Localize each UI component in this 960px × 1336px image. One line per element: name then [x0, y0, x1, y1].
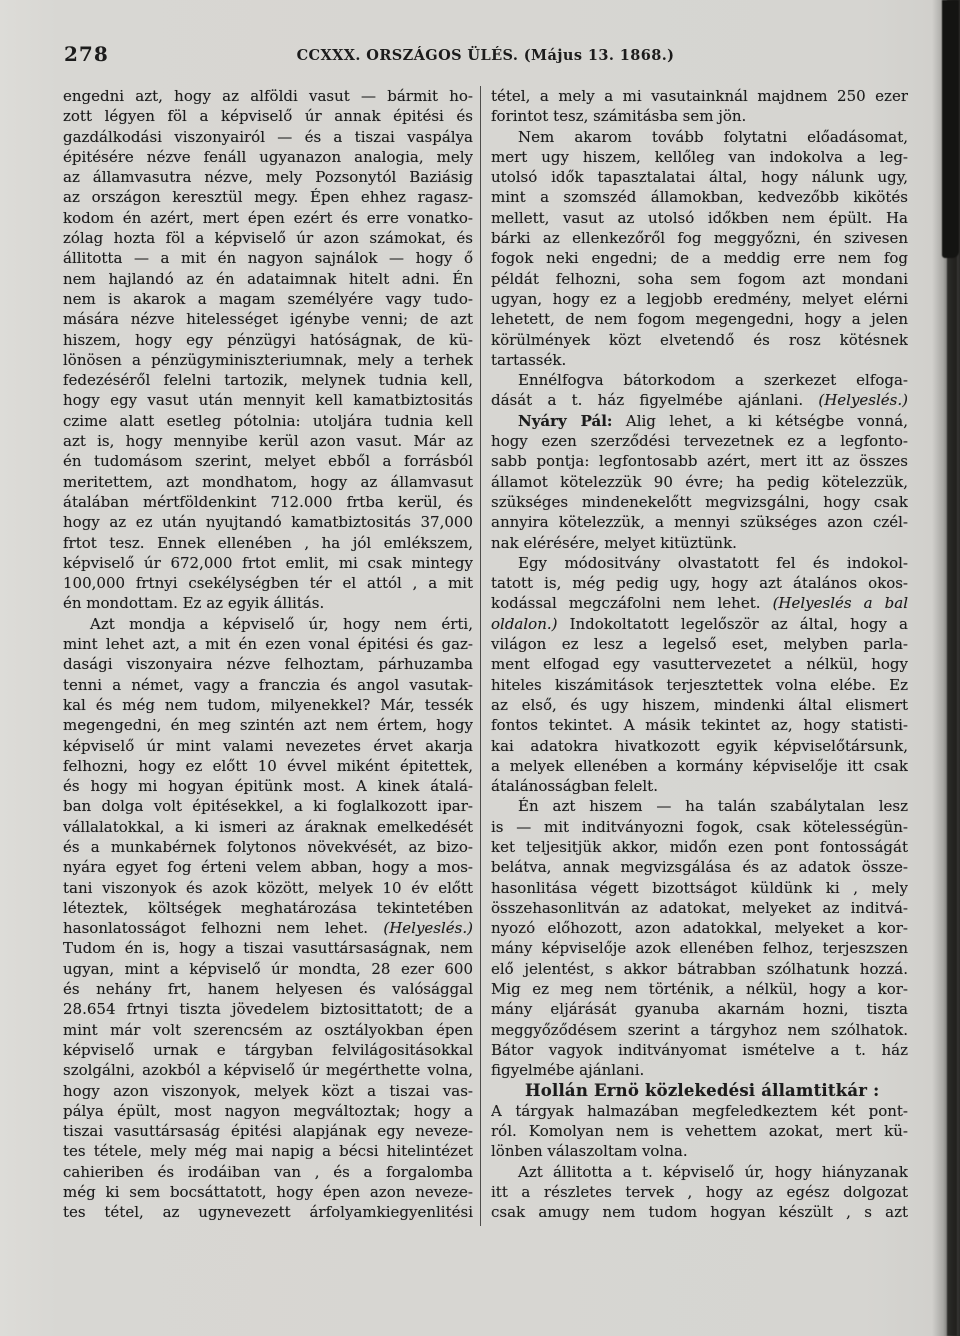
- text-segment: átalában mértföldenkint 712.000 frtba ke…: [63, 493, 473, 511]
- text-line: tatott is, még pedig ugy, hogy azt átalá…: [491, 573, 908, 593]
- text-line: nyozó előhozott, azon adatokkal, melyeke…: [491, 918, 908, 938]
- text-segment: világon ez lesz a legelső eset, melyben …: [491, 635, 908, 653]
- text-line: fontos tekintet. A másik tekintet az, ho…: [491, 715, 908, 735]
- text-segment: képviselő úr 672,000 frtot emlit, mi csa…: [63, 554, 473, 572]
- text-line: A tárgyak halmazában megfeledkeztem két …: [491, 1101, 908, 1121]
- text-line: léteztek, költségek meghatározása tekint…: [63, 898, 473, 918]
- text-segment: megengedni, én meg szintén azt nem értem…: [63, 716, 473, 734]
- text-segment: épitésére nézve fenáll ugyanazon analogi…: [63, 148, 473, 166]
- text-line: ment elfogad egy vasuttervezetet a nélkü…: [491, 654, 908, 674]
- text-segment: és hogy mi hogyan épitünk most. A kinek …: [63, 777, 473, 795]
- text-segment: dasági viszonyaira nézve felhoztam, párh…: [63, 655, 473, 673]
- text-line: frtot tesz. Ennek ellenében , ha jól eml…: [63, 533, 473, 553]
- text-segment: az első, és ugy hiszem, mindenki által e…: [491, 696, 908, 714]
- text-line: összehasonlitván az adatokat, melyeket a…: [491, 898, 908, 918]
- text-segment: mint lehet azt, a mit én ezen vonal épit…: [63, 635, 473, 653]
- text-line: mellett, vasut az utolsó időkben nem épü…: [491, 208, 908, 228]
- text-line: zott légyen föl a képviselő úr annak épi…: [63, 106, 473, 126]
- text-line: körülmények közt elvetendő és rosz kötés…: [491, 330, 908, 350]
- text-segment: kodom én azért, mert épen ezért és erre …: [63, 209, 473, 227]
- text-segment: (Helyeslés.): [383, 919, 473, 937]
- text-line: meritettem, azt mondhatom, hogy az állam…: [63, 472, 473, 492]
- text-line: világon ez lesz a legelső eset, melyben …: [491, 634, 908, 654]
- text-segment: példát felhozni, soha sem fogom azt mond…: [491, 270, 908, 288]
- text-segment: hasonlatosságot felhozni nem lehet.: [63, 919, 383, 937]
- text-segment: Alig lehet, a ki kétségbe vonná,: [612, 412, 908, 430]
- text-line: átalánosságban felelt.: [491, 776, 908, 796]
- text-line: utolsó idők tapasztalatai által, hogy ná…: [491, 167, 908, 187]
- text-segment: ugyan, mint a képviselő úr mondta, 28 ez…: [63, 960, 473, 978]
- right-column: tétel, a mely a mi vasutainknál majdnem …: [491, 86, 908, 1223]
- text-line: és a munkabérnek folytonos növekvését, a…: [63, 837, 473, 857]
- text-segment: czime alatt esetleg pótolnia: utoljára t…: [63, 412, 473, 430]
- text-line: lönben válaszoltam volna.: [491, 1141, 908, 1161]
- text-segment: elő jelentést, s akkor bátrabban szólhat…: [491, 960, 908, 978]
- text-line: Azt mondja a képviselő úr, hogy nem érti…: [63, 614, 473, 634]
- text-line: is — mit inditványozni fogok, csak kötel…: [491, 817, 908, 837]
- text-segment: az országon keresztül megy. Épen ehhez r…: [63, 188, 473, 206]
- text-line: belátva, annak megvizsgálása és az adato…: [491, 857, 908, 877]
- text-line: tes tétel, az ugynevezett árfolyamkiegye…: [63, 1202, 473, 1222]
- text-segment: gazdálkodási viszonyairól — és a tiszai …: [63, 128, 473, 146]
- text-segment: ket teljesitjük akkor, midőn ezen pont f…: [491, 838, 908, 856]
- text-line: mint lehet azt, a mit én ezen vonal épit…: [63, 634, 473, 654]
- text-segment: Egy módositvány olvastatott fel és indok…: [518, 554, 908, 572]
- text-line: mert ugy hiszem, kellőleg van indokolva …: [491, 147, 908, 167]
- text-line: nem hajlandó az én adataimnak hitelt adn…: [63, 269, 473, 289]
- text-segment: és nehány frt, hanem helyesen és valóság…: [63, 980, 473, 998]
- text-line: szükséges mindenekelőtt megvizsgálni, ho…: [491, 492, 908, 512]
- text-line: dasági viszonyaira nézve felhoztam, párh…: [63, 654, 473, 674]
- text-segment: Azt állitotta a t. képviselő úr, hogy hi…: [518, 1163, 908, 1181]
- text-line: hogy egy vasut után mennyit kell kamatbi…: [63, 390, 473, 410]
- text-line: Mig ez meg nem történik, a nélkül, hogy …: [491, 979, 908, 999]
- text-segment: kodással megczáfolni nem lehet.: [491, 594, 773, 612]
- text-line: tétel, a mely a mi vasutainknál majdnem …: [491, 86, 908, 106]
- text-segment: frtot tesz. Ennek ellenében , ha jól eml…: [63, 534, 473, 552]
- text-segment: átalánosságban felelt.: [491, 777, 658, 795]
- text-line: Nem akarom tovább folytatni előadásomat,: [491, 127, 908, 147]
- text-line: tiszai vasuttársaság épitési alapjának e…: [63, 1121, 473, 1141]
- text-segment: én tudomásom szerint, melyet ebből a for…: [63, 452, 473, 470]
- text-segment: nem hajlandó az én adataimnak hitelt adn…: [63, 270, 473, 288]
- text-segment: szükséges mindenekelőtt megvizsgálni, ho…: [491, 493, 908, 511]
- text-line: Én azt hiszem — ha talán szabálytalan le…: [491, 796, 908, 816]
- text-line: vállalatokkal, a ki ismeri az áraknak em…: [63, 817, 473, 837]
- text-segment: nyozó előhozott, azon adatokkal, melyeke…: [491, 919, 908, 937]
- text-line: kal és még nem tudom, milyenekkel? Már, …: [63, 695, 473, 715]
- text-segment: mány képviselője azok ellenében felhoz, …: [491, 939, 908, 957]
- text-segment: hogy ezen szerződési tervezetnek ez a le…: [491, 432, 908, 450]
- text-segment: ban dolga volt épitésekkel, a ki foglalk…: [63, 797, 473, 815]
- text-line: az első, és ugy hiszem, mindenki által e…: [491, 695, 908, 715]
- text-line: fedezéséről felelni tartozik, melynek tu…: [63, 370, 473, 390]
- text-segment: fedezéséről felelni tartozik, melynek tu…: [63, 371, 473, 389]
- text-segment: mint a szomszéd államokban, kedvezőbb ki…: [491, 188, 908, 206]
- text-line: gazdálkodási viszonyairól — és a tiszai …: [63, 127, 473, 147]
- text-segment: a melyek ellenében a kormány képviselője…: [491, 757, 908, 775]
- text-line: engedni azt, hogy az alföldi vasut — bár…: [63, 86, 473, 106]
- text-line: az államvasutra nézve, mely Pozsonytól B…: [63, 167, 473, 187]
- text-line: állitotta — a mit én nagyon sajnálok — h…: [63, 248, 473, 268]
- text-segment: fogok neki engedni; de a meddig erre nem…: [491, 249, 908, 267]
- text-line: Azt állitotta a t. képviselő úr, hogy hi…: [491, 1162, 908, 1182]
- text-line: ket teljesitjük akkor, midőn ezen pont f…: [491, 837, 908, 857]
- text-line: és nehány frt, hanem helyesen és valóság…: [63, 979, 473, 999]
- text-segment: itt a részletes tervek , hogy az egész d…: [491, 1183, 908, 1201]
- text-segment: hogy az ez után nyujtandó kamatbiztositá…: [63, 513, 473, 531]
- text-line: hasonlitása végett bizottságot küldünk k…: [491, 878, 908, 898]
- text-line: lehetett, de nem fogom megengedni, hogy …: [491, 309, 908, 329]
- text-line: én tudomásom szerint, melyet ebből a for…: [63, 451, 473, 471]
- text-line: zólag hozta föl a képviselő úr azon szám…: [63, 228, 473, 248]
- text-line: mint a szomszéd államokban, kedvezőbb ki…: [491, 187, 908, 207]
- text-segment: Nyáry Pál:: [518, 412, 612, 430]
- text-segment: 100,000 frtnyi csekélységben tér el attó…: [63, 574, 473, 592]
- text-line: 100,000 frtnyi csekélységben tér el attó…: [63, 573, 473, 593]
- text-segment: bárki az ellenkezőről fog meggyőzni, én …: [491, 229, 908, 247]
- text-segment: tartassék.: [491, 351, 566, 369]
- text-line: kai adatokra hivatkozott egyik képviselő…: [491, 736, 908, 756]
- text-line: lönösen a pénzügyminiszteriumnak, mely a…: [63, 350, 473, 370]
- text-line: Nyáry Pál: Alig lehet, a ki kétségbe von…: [491, 411, 908, 431]
- text-line: fogok neki engedni; de a meddig erre nem…: [491, 248, 908, 268]
- text-line: Hollán Ernö közlekedési államtitkár :: [491, 1081, 908, 1101]
- text-segment: én mondottam. Ez az egyik állitás.: [63, 594, 324, 612]
- text-segment: forintot tesz, számitásba sem jön.: [491, 107, 746, 125]
- text-segment: (Helyeslés.): [818, 391, 908, 409]
- text-segment: összehasonlitván az adatokat, melyeket a…: [491, 899, 908, 917]
- text-segment: zott légyen föl a képviselő úr annak épi…: [63, 107, 473, 125]
- text-segment: államot kötelezzük 90 évre; ha pedig köt…: [491, 473, 908, 491]
- text-segment: mint már volt szerencsém az osztályokban…: [63, 1021, 473, 1039]
- text-line: Bátor vagyok inditványomat ismételve a t…: [491, 1040, 908, 1060]
- text-line: tani viszonyok és azok között, melyek 10…: [63, 878, 473, 898]
- text-line: sabb pontja: legfontosabb azért, mert it…: [491, 451, 908, 471]
- text-segment: vállalatokkal, a ki ismeri az áraknak em…: [63, 818, 473, 836]
- text-line: hasonlatosságot felhozni nem lehet. (Hel…: [63, 918, 473, 938]
- text-segment: hasonlitása végett bizottságot küldünk k…: [491, 879, 908, 897]
- text-segment: Ennélfogva bátorkodom a szerkezet elfoga…: [518, 371, 908, 389]
- text-segment: mert ugy hiszem, kellőleg van indokolva …: [491, 148, 908, 166]
- text-line: felhozni, hogy ez előtt 10 évvel miként …: [63, 756, 473, 776]
- text-line: Tudom én is, hogy a tiszai vasuttársaság…: [63, 938, 473, 958]
- text-segment: mására nézve hitelességet igénybe venni;…: [63, 310, 473, 328]
- text-segment: Tudom én is, hogy a tiszai vasuttársaság…: [63, 939, 473, 957]
- text-segment: utolsó idők tapasztalatai által, hogy ná…: [491, 168, 908, 186]
- text-segment: ról. Komolyan nem is vehettem azokat, me…: [491, 1122, 908, 1140]
- text-line: oldalon.) Indokoltatott legelőször az ál…: [491, 614, 908, 634]
- text-segment: kal és még nem tudom, milyenekkel? Már, …: [63, 696, 473, 714]
- text-line: megengedni, én meg szintén azt nem értem…: [63, 715, 473, 735]
- text-line: elő jelentést, s akkor bátrabban szólhat…: [491, 959, 908, 979]
- text-segment: fontos tekintet. A másik tekintet az, ho…: [491, 716, 908, 734]
- text-segment: tes tétel, az ugynevezett árfolyamkiegye…: [63, 1203, 473, 1221]
- text-segment: hogy azon viszonyok, melyek közt a tisza…: [63, 1082, 473, 1100]
- text-segment: hiteles kiszámitások terjesztettek volna…: [491, 676, 908, 694]
- text-segment: oldalon.): [491, 615, 557, 633]
- text-segment: képviselő urnak e tárgyban felvilágositá…: [63, 1041, 473, 1059]
- text-line: tes tétele, mely még mai napig a bécsi h…: [63, 1141, 473, 1161]
- text-line: 28.654 frtnyi tiszta jövedelem biztositt…: [63, 999, 473, 1019]
- text-line: hiszem, hogy egy pénzügyi hatóságnak, de…: [63, 330, 473, 350]
- text-segment: tenni a német, vagy a franczia és angol …: [63, 676, 473, 694]
- text-segment: Bátor vagyok inditványomat ismételve a t…: [491, 1041, 908, 1059]
- text-segment: körülmények közt elvetendő és rosz kötés…: [491, 331, 908, 349]
- text-segment: is — mit inditványozni fogok, csak kötel…: [491, 818, 908, 836]
- text-line: hogy az ez után nyujtandó kamatbiztositá…: [63, 512, 473, 532]
- text-line: képviselő úr 672,000 frtot emlit, mi csa…: [63, 553, 473, 573]
- left-column: engedni azt, hogy az alföldi vasut — bár…: [63, 86, 473, 1223]
- text-line: az országon keresztül megy. Épen ehhez r…: [63, 187, 473, 207]
- text-segment: meritettem, azt mondhatom, hogy az állam…: [63, 473, 473, 491]
- scan-edge-blob: [942, 0, 959, 258]
- text-line: épitésére nézve fenáll ugyanazon analogi…: [63, 147, 473, 167]
- text-segment: sabb pontja: legfontosabb azért, mert it…: [491, 452, 908, 470]
- text-line: én mondottam. Ez az egyik állitás.: [63, 593, 473, 613]
- text-segment: tani viszonyok és azok között, melyek 10…: [63, 879, 473, 897]
- text-line: szolgálni, azokból a képviselő úr megért…: [63, 1060, 473, 1080]
- text-line: pálya épült, most nagyon megváltoztak; h…: [63, 1101, 473, 1121]
- text-line: hogy azon viszonyok, melyek közt a tisza…: [63, 1081, 473, 1101]
- text-columns: engedni azt, hogy az alföldi vasut — bár…: [63, 86, 908, 1223]
- text-line: forintot tesz, számitásba sem jön.: [491, 106, 908, 126]
- text-segment: nyára egyet fog érteni velem abban, hogy…: [63, 858, 473, 876]
- text-segment: Én azt hiszem — ha talán szabálytalan le…: [518, 797, 908, 815]
- text-segment: engedni azt, hogy az alföldi vasut — bár…: [63, 87, 473, 105]
- text-segment: mány eljárását gyanuba akarnám hozni, ti…: [491, 1000, 908, 1018]
- text-line: kodom én azért, mert épen ezért és erre …: [63, 208, 473, 228]
- text-line: kodással megczáfolni nem lehet. (Helyesl…: [491, 593, 908, 613]
- text-segment: és a munkabérnek folytonos növekvését, a…: [63, 838, 473, 856]
- text-segment: lönben válaszoltam volna.: [491, 1142, 688, 1160]
- text-line: még ki sem bocsáttatott, hogy épen azon …: [63, 1182, 473, 1202]
- text-line: tartassék.: [491, 350, 908, 370]
- text-line: képviselő úr mint valami nevezetes érvet…: [63, 736, 473, 756]
- text-line: a melyek ellenében a kormány képviselője…: [491, 756, 908, 776]
- text-segment: lönösen a pénzügyminiszteriumnak, mely a…: [63, 351, 473, 369]
- text-segment: A tárgyak halmazában megfeledkeztem két …: [491, 1102, 908, 1120]
- text-line: és hogy mi hogyan épitünk most. A kinek …: [63, 776, 473, 796]
- text-segment: zólag hozta föl a képviselő úr azon szám…: [63, 229, 473, 247]
- text-segment: még ki sem bocsáttatott, hogy épen azon …: [63, 1183, 473, 1201]
- text-segment: azt is, hogy mennyibe kerül azon vasut. …: [63, 432, 473, 450]
- text-segment: csak amugy nem tudom hogyan készült , s …: [491, 1203, 908, 1221]
- text-line: nem is akarok a magam személyére vagy tu…: [63, 289, 473, 309]
- text-segment: belátva, annak megvizsgálása és az adato…: [491, 858, 908, 876]
- text-line: ugyan, hogy ez a legjobb eredmény, melye…: [491, 289, 908, 309]
- text-line: képviselő urnak e tárgyban felvilágositá…: [63, 1040, 473, 1060]
- text-segment: Indokoltatott legelőször az által, hogy …: [557, 615, 908, 633]
- text-line: hogy ezen szerződési tervezetnek ez a le…: [491, 431, 908, 451]
- text-line: ugyan, mint a képviselő úr mondta, 28 ez…: [63, 959, 473, 979]
- text-segment: tétel, a mely a mi vasutainknál majdnem …: [491, 87, 908, 105]
- text-segment: ment elfogad egy vasuttervezetet a nélkü…: [491, 655, 908, 673]
- text-line: bárki az ellenkezőről fog meggyőzni, én …: [491, 228, 908, 248]
- text-line: dását a t. ház figyelmébe ajánlani. (Hel…: [491, 390, 908, 410]
- document-page: 278 CCXXX. ORSZÁGOS ÜLÉS. (Május 13. 186…: [0, 0, 960, 1336]
- text-segment: nem is akarok a magam személyére vagy tu…: [63, 290, 473, 308]
- text-line: meggyőződésem szerint a tárgyhoz nem szó…: [491, 1020, 908, 1040]
- text-segment: mellett, vasut az utolsó időkben nem épü…: [491, 209, 908, 227]
- header-title: CCXXX. ORSZÁGOS ÜLÉS. (Május 13. 1868.): [63, 47, 908, 64]
- text-segment: dását a t. ház figyelmébe ajánlani.: [491, 391, 818, 409]
- text-segment: képviselő úr mint valami nevezetes érvet…: [63, 737, 473, 755]
- text-line: cahieriben és irodáiban van , és a forga…: [63, 1162, 473, 1182]
- text-line: nyára egyet fog érteni velem abban, hogy…: [63, 857, 473, 877]
- text-line: Egy módositvány olvastatott fel és indok…: [491, 553, 908, 573]
- text-segment: Hollán Ernö közlekedési államtitkár :: [525, 1081, 879, 1100]
- text-line: annyira kötelezzük, a mennyi szükséges a…: [491, 512, 908, 532]
- text-segment: (Helyeslés a bal: [773, 594, 908, 612]
- text-line: mint már volt szerencsém az osztályokban…: [63, 1020, 473, 1040]
- text-segment: ugyan, hogy ez a legjobb eredmény, melye…: [491, 290, 908, 308]
- text-line: ról. Komolyan nem is vehettem azokat, me…: [491, 1121, 908, 1141]
- text-segment: tatott is, még pedig ugy, hogy azt átalá…: [491, 574, 908, 592]
- text-line: czime alatt esetleg pótolnia: utoljára t…: [63, 411, 473, 431]
- text-segment: tes tétele, mely még mai napig a bécsi h…: [63, 1142, 473, 1160]
- column-divider-rule: [480, 86, 481, 1226]
- text-line: nak elérésére, melyet kitüztünk.: [491, 533, 908, 553]
- text-segment: Mig ez meg nem történik, a nélkül, hogy …: [491, 980, 908, 998]
- text-segment: Nem akarom tovább folytatni előadásomat,: [518, 128, 908, 146]
- text-line: hiteles kiszámitások terjesztettek volna…: [491, 675, 908, 695]
- text-segment: állitotta — a mit én nagyon sajnálok — h…: [63, 249, 473, 267]
- text-line: példát felhozni, soha sem fogom azt mond…: [491, 269, 908, 289]
- text-segment: 28.654 frtnyi tiszta jövedelem biztositt…: [63, 1000, 473, 1018]
- text-line: átalában mértföldenkint 712.000 frtba ke…: [63, 492, 473, 512]
- text-line: tenni a német, vagy a franczia és angol …: [63, 675, 473, 695]
- text-line: ban dolga volt épitésekkel, a ki foglalk…: [63, 796, 473, 816]
- text-line: azt is, hogy mennyibe kerül azon vasut. …: [63, 431, 473, 451]
- text-segment: lehetett, de nem fogom megengedni, hogy …: [491, 310, 908, 328]
- text-segment: léteztek, költségek meghatározása tekint…: [63, 899, 473, 917]
- text-segment: pálya épült, most nagyon megváltoztak; h…: [63, 1102, 473, 1120]
- text-line: államot kötelezzük 90 évre; ha pedig köt…: [491, 472, 908, 492]
- text-segment: tiszai vasuttársaság épitési alapjának e…: [63, 1122, 473, 1140]
- text-segment: kai adatokra hivatkozott egyik képviselő…: [491, 737, 908, 755]
- text-segment: figyelmébe ajánlani.: [491, 1061, 644, 1079]
- text-segment: cahieriben és irodáiban van , és a forga…: [63, 1163, 473, 1181]
- text-line: figyelmébe ajánlani.: [491, 1060, 908, 1080]
- text-segment: meggyőződésem szerint a tárgyhoz nem szó…: [491, 1021, 908, 1039]
- text-line: mány eljárását gyanuba akarnám hozni, ti…: [491, 999, 908, 1019]
- text-segment: nak elérésére, melyet kitüztünk.: [491, 534, 737, 552]
- text-segment: felhozni, hogy ez előtt 10 évvel miként …: [63, 757, 473, 775]
- text-line: itt a részletes tervek , hogy az egész d…: [491, 1182, 908, 1202]
- text-line: Ennélfogva bátorkodom a szerkezet elfoga…: [491, 370, 908, 390]
- text-segment: az államvasutra nézve, mely Pozsonytól B…: [63, 168, 473, 186]
- text-segment: annyira kötelezzük, a mennyi szükséges a…: [491, 513, 908, 531]
- text-line: mány képviselője azok ellenében felhoz, …: [491, 938, 908, 958]
- text-segment: hogy egy vasut után mennyit kell kamatbi…: [63, 391, 473, 409]
- text-line: mására nézve hitelességet igénybe venni;…: [63, 309, 473, 329]
- text-segment: szolgálni, azokból a képviselő úr megért…: [63, 1061, 473, 1079]
- text-line: csak amugy nem tudom hogyan készült , s …: [491, 1202, 908, 1222]
- text-segment: hiszem, hogy egy pénzügyi hatóságnak, de…: [63, 331, 473, 349]
- text-segment: Azt mondja a képviselő úr, hogy nem érti…: [90, 615, 473, 633]
